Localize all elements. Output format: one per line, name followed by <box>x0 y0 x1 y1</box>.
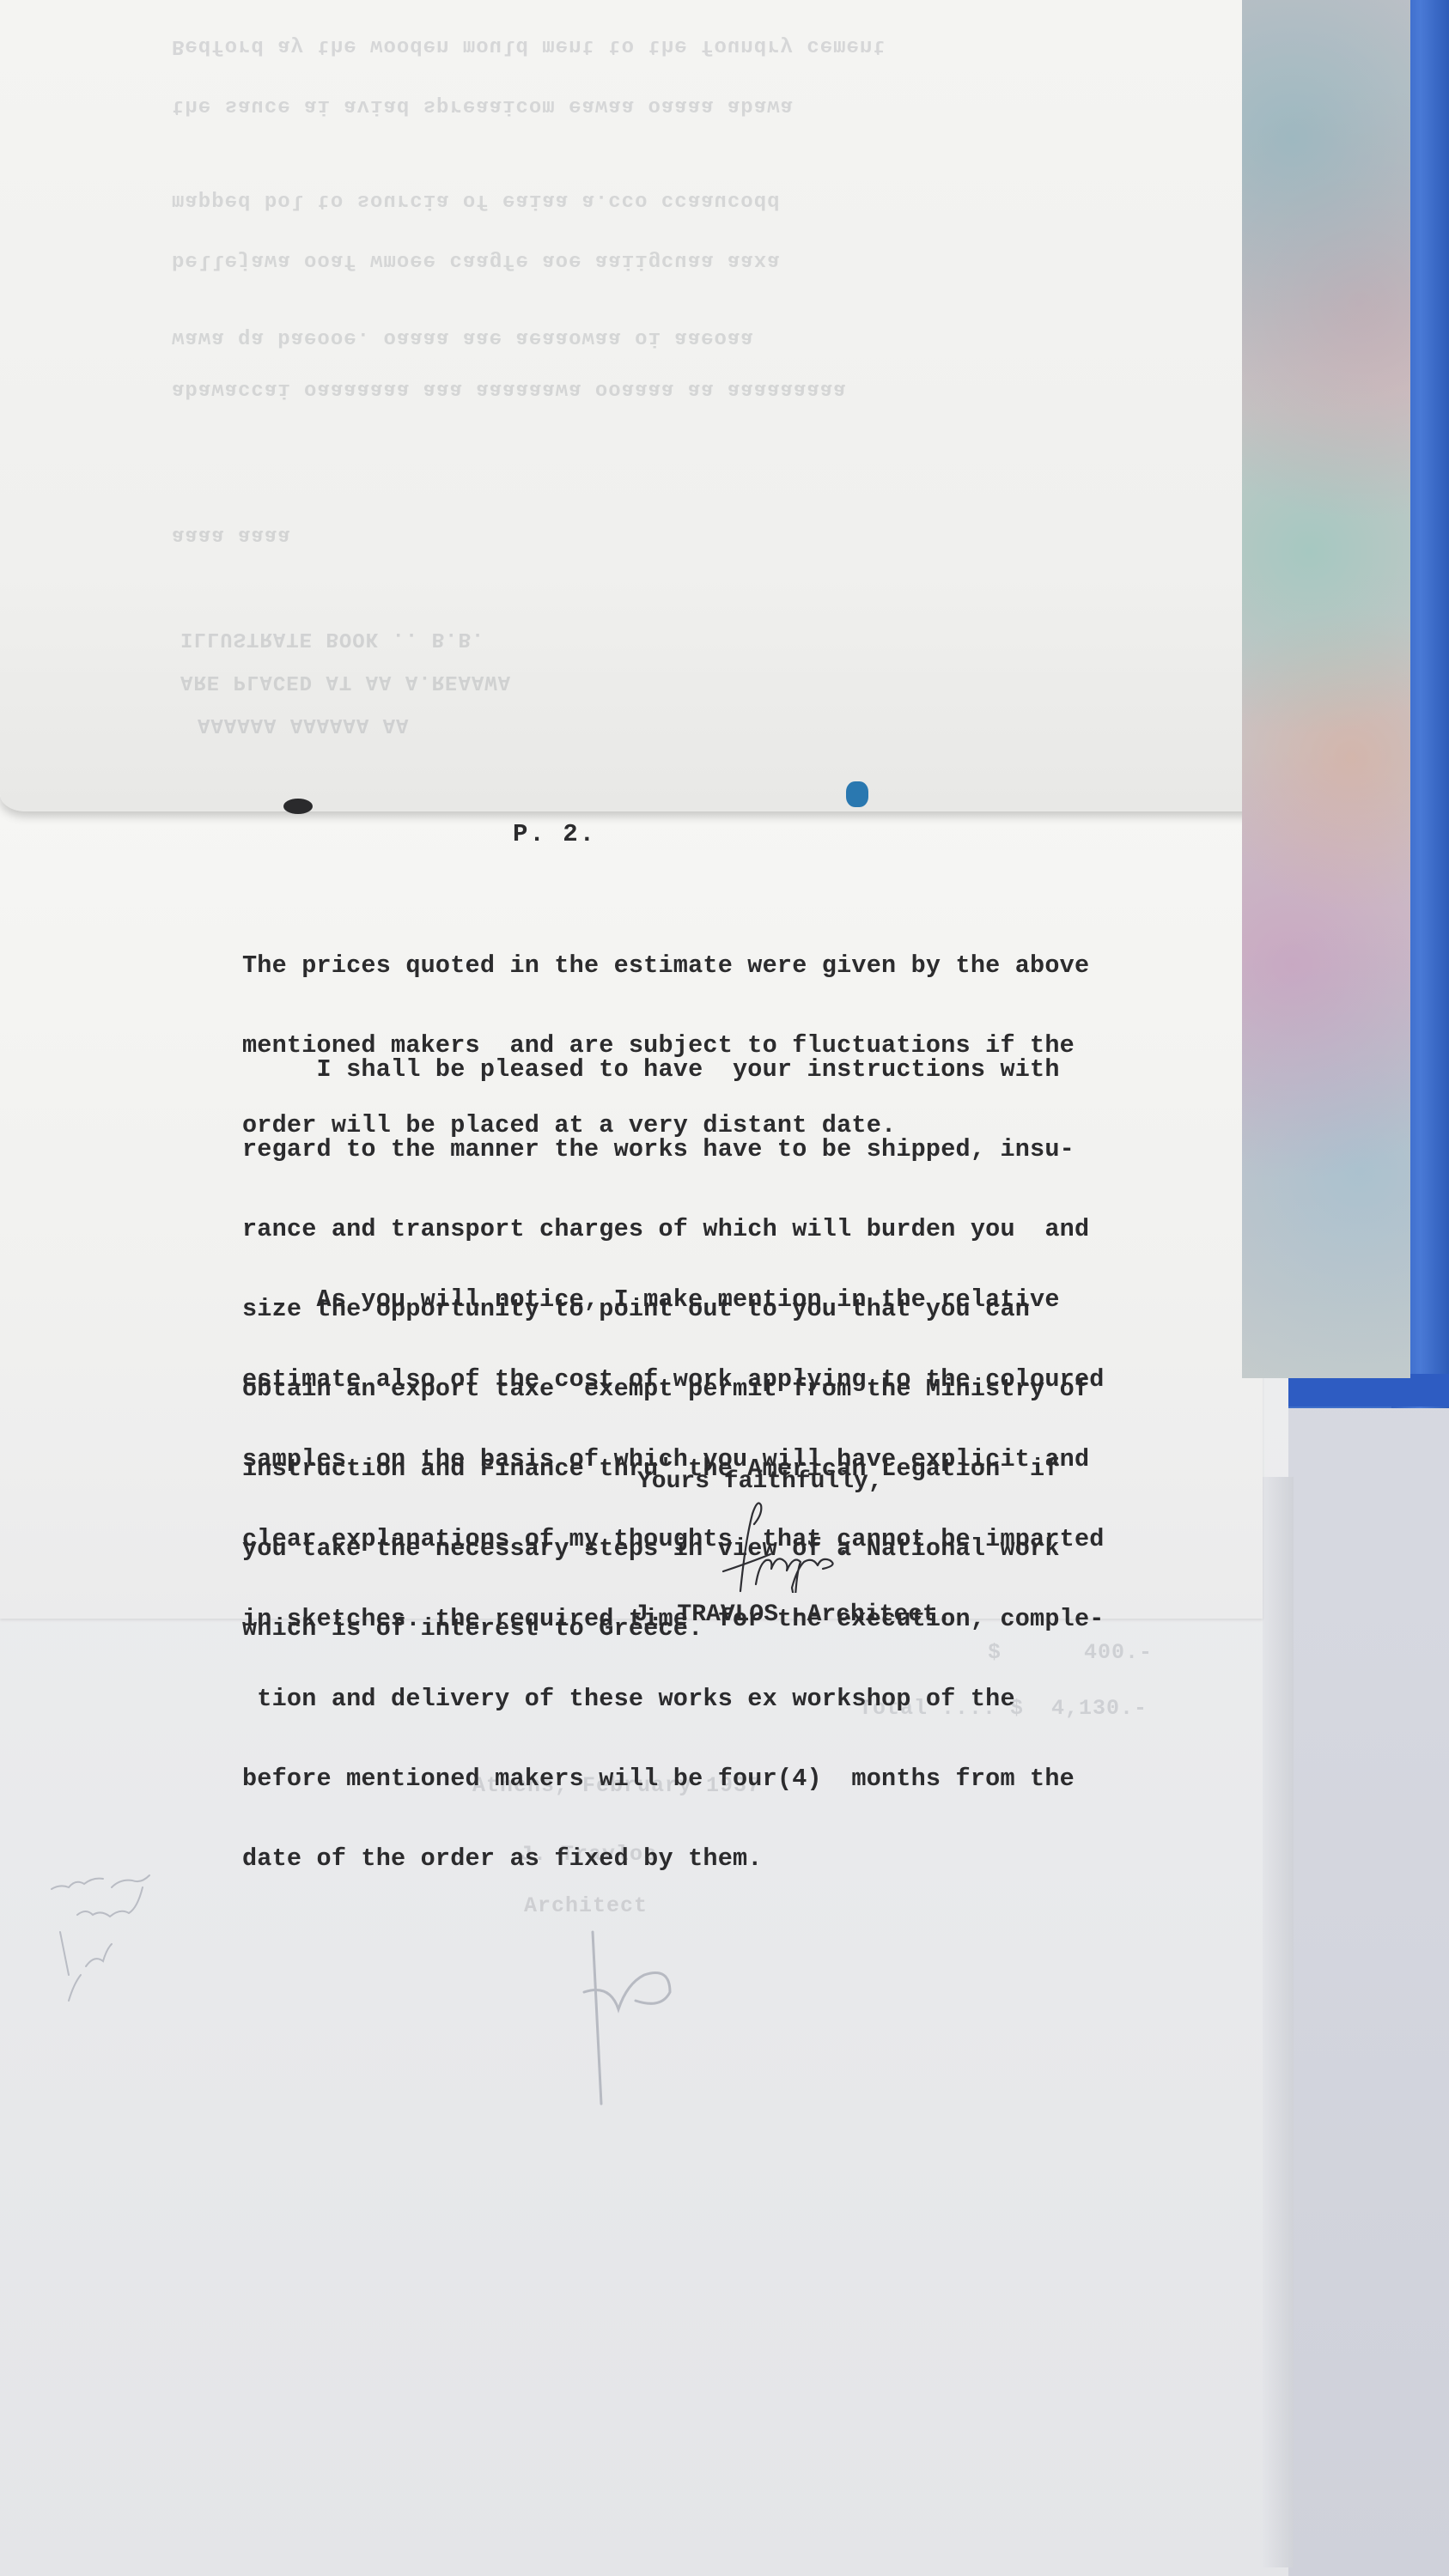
stacked-sheet-edges <box>1263 1477 1294 2567</box>
mirrored-show-through: bellejawa ooaf wmoee caagfe aoe aaiigcua… <box>172 249 781 272</box>
text-line: before mentioned makers will be four(4) … <box>242 1765 1105 1792</box>
marbled-endpaper-overlay <box>1242 0 1410 1378</box>
closing-salutation: Yours faithfully, <box>637 1468 883 1495</box>
mirrored-show-through: wawa qa baeooe. oaaaa aae aeaaowaa oi aa… <box>172 326 754 349</box>
page-number-marker: P. 2. <box>513 820 596 848</box>
text-line: clear explanations of my thoughts that c… <box>242 1526 1105 1552</box>
text-line: The prices quoted in the estimate were g… <box>242 952 1089 979</box>
text-line: regard to the manner the works have to b… <box>242 1136 1089 1163</box>
mirrored-show-through: ARE PLACED AT AA A.REAAWA <box>180 670 511 693</box>
text-line: estimate also of the cost of work applyi… <box>242 1366 1105 1393</box>
mirrored-show-through: the sauce ai aviad spreaaicom eawaa oaaa… <box>172 94 794 118</box>
mirrored-show-through: mapped bol to sourcia of eaiaa a.cco cca… <box>172 189 781 212</box>
mirrored-show-through: Bedford ay the wooden mould ment to the … <box>172 34 886 58</box>
binder-bottom-edge <box>1263 1374 1449 1406</box>
handwritten-signature <box>706 1498 895 1593</box>
mirrored-show-through: AAAAAA AAAAAA AA <box>198 713 409 736</box>
binding-hole <box>283 799 313 814</box>
mirrored-show-through: aaaa aaaa <box>172 524 291 547</box>
text-line: tion and delivery of these works ex work… <box>242 1686 1105 1712</box>
text-line: I shall be pleased to have your instruct… <box>242 1056 1089 1083</box>
faint-signature <box>550 1923 704 2112</box>
text-line: date of the order as fixed by them. <box>242 1845 1105 1872</box>
binder-ring-tab <box>846 781 868 807</box>
text-line: As you will notice, I make mention in th… <box>242 1286 1105 1313</box>
mirrored-show-through: ILLUSTRATE BOOK .. B.B. <box>180 627 484 650</box>
pencil-annotation <box>34 1838 240 2018</box>
paragraph-estimate: As you will notice, I make mention in th… <box>242 1233 1105 1925</box>
turned-upper-page: Bedford ay the wooden mould ment to the … <box>0 0 1263 811</box>
mirrored-show-through: abawaccai oaaaaaaa aaa aaaaaawa ooaaaa a… <box>172 378 847 401</box>
signatory-name: J. TRAVLOS -Architect. <box>634 1601 952 1628</box>
